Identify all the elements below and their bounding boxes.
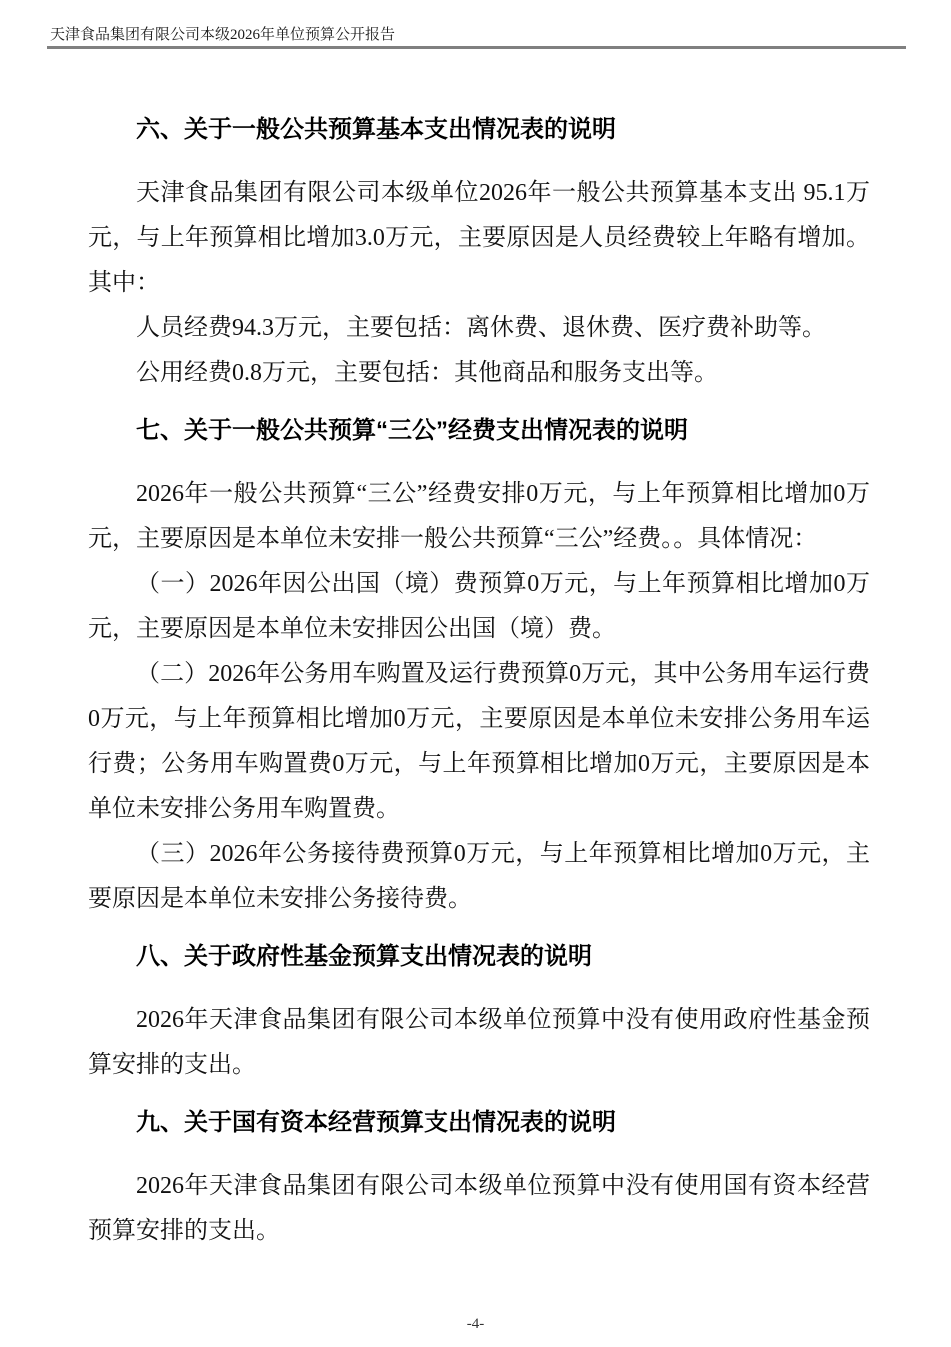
section-8-paragraph-1: 2026年天津食品集团有限公司本级单位预算中没有使用政府性基金预算安排的支出。 [88,998,870,1088]
section-6-heading: 六、关于一般公共预算基本支出情况表的说明 [88,113,870,147]
section-9-heading: 九、关于国有资本经营预算支出情况表的说明 [88,1106,870,1140]
section-7-paragraph-4: （三）2026年公务接待费预算0万元，与上年预算相比增加0万元，主要原因是本单位… [88,832,870,922]
document-header: 天津食品集团有限公司本级2026年单位预算公开报告 [0,0,951,44]
section-7-paragraph-1: 2026年一般公共预算“三公”经费安排0万元，与上年预算相比增加0万元，主要原因… [88,472,870,562]
section-9-paragraph-1: 2026年天津食品集团有限公司本级单位预算中没有使用国有资本经营预算安排的支出。 [88,1164,870,1254]
page-number: -4- [0,1316,951,1333]
document-page: 天津食品集团有限公司本级2026年单位预算公开报告 六、关于一般公共预算基本支出… [0,0,951,1347]
section-7-paragraph-2: （一）2026年因公出国（境）费预算0万元，与上年预算相比增加0万元，主要原因是… [88,562,870,652]
section-8-heading: 八、关于政府性基金预算支出情况表的说明 [88,940,870,974]
section-6-paragraph-3: 公用经费0.8万元，主要包括：其他商品和服务支出等。 [88,351,870,396]
header-rule [47,46,906,49]
section-7-paragraph-3: （二）2026年公务用车购置及运行费预算0万元，其中公务用车运行费0万元，与上年… [88,652,870,832]
section-6-paragraph-1: 天津食品集团有限公司本级单位2026年一般公共预算基本支出 95.1万元，与上年… [88,171,870,306]
header-title: 天津食品集团有限公司本级2026年单位预算公开报告 [50,26,906,44]
section-6-paragraph-2: 人员经费94.3万元，主要包括：离休费、退休费、医疗费补助等。 [88,306,870,351]
section-7-heading: 七、关于一般公共预算“三公”经费支出情况表的说明 [88,414,870,448]
document-body: 六、关于一般公共预算基本支出情况表的说明 天津食品集团有限公司本级单位2026年… [0,113,951,1254]
